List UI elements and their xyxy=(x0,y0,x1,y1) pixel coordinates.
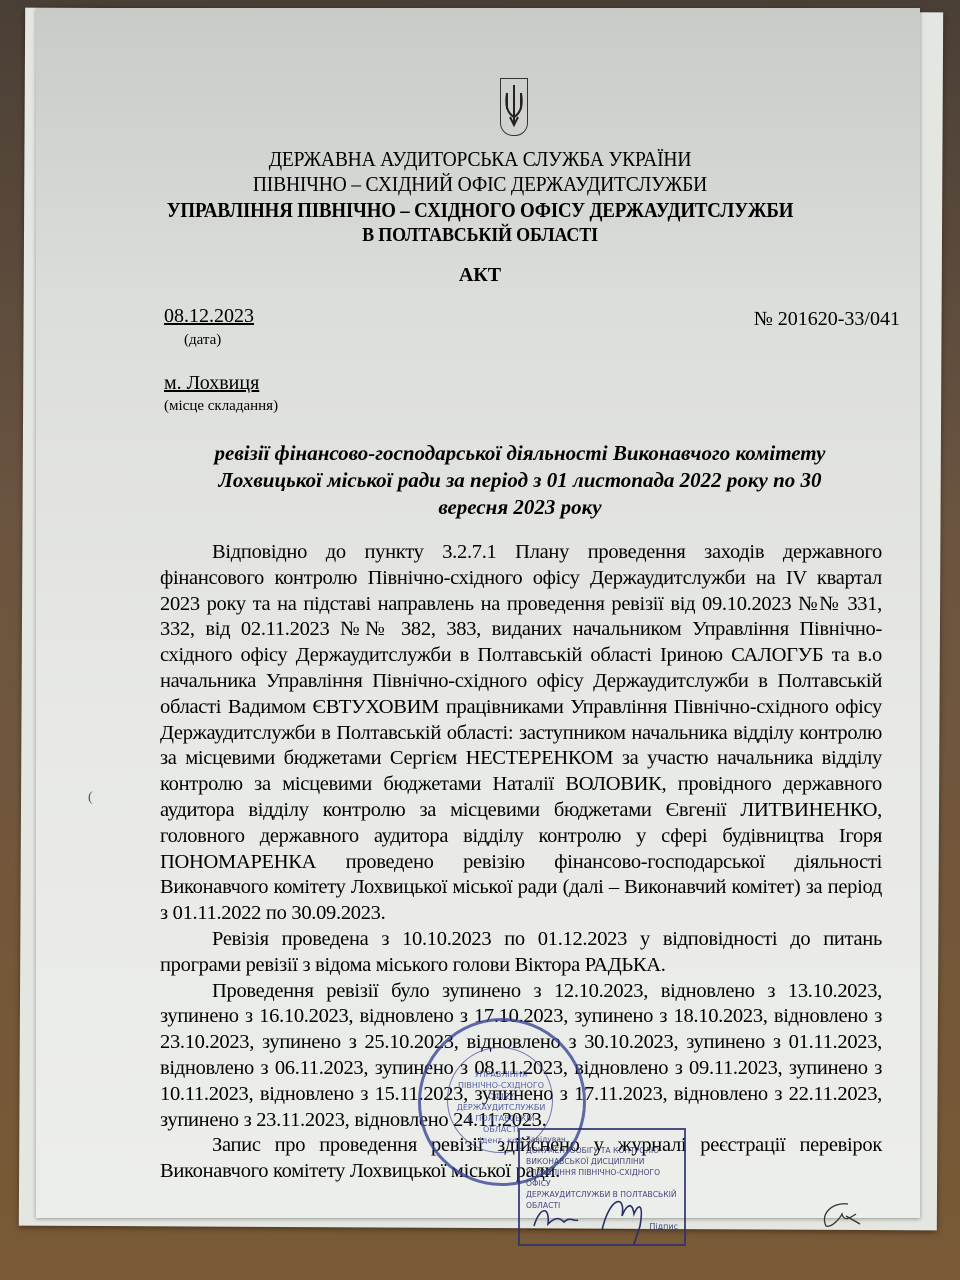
document-place: м. Лохвиця xyxy=(164,372,259,395)
header-line-3: УПРАВЛІННЯ ПІВНІЧНО – СХІДНОГО ОФІСУ ДЕР… xyxy=(48,197,912,224)
handwritten-signature xyxy=(530,1186,670,1246)
date-caption: (дата) xyxy=(184,332,221,349)
place-caption: (місце складання) xyxy=(164,398,278,415)
document-number: № 201620-33/041 xyxy=(754,308,900,331)
paragraph: Ревізія проведена з 10.10.2023 по 01.12.… xyxy=(160,927,882,979)
header-line-2: ПІВНІЧНО – СХІДНИЙ ОФІС ДЕРЖАУДИТСЛУЖБИ xyxy=(34,171,927,198)
document-subject: ревізії фінансово-господарської діяльнос… xyxy=(190,440,850,521)
margin-mark: ( xyxy=(88,790,93,806)
document-date: 08.12.2023 xyxy=(164,305,254,328)
ukraine-trident-icon xyxy=(500,78,528,136)
document-title: АКТ xyxy=(0,264,960,287)
header-line-1: ДЕРЖАВНА АУДИТОРСЬКА СЛУЖБА УКРАЇНИ xyxy=(34,146,927,173)
paragraph: Відповідно до пункту 3.2.7.1 Плану прове… xyxy=(160,540,882,927)
handwritten-initials xyxy=(818,1200,864,1230)
header-line-4: В ПОЛТАВСЬКІЙ ОБЛАСТІ xyxy=(48,222,912,249)
